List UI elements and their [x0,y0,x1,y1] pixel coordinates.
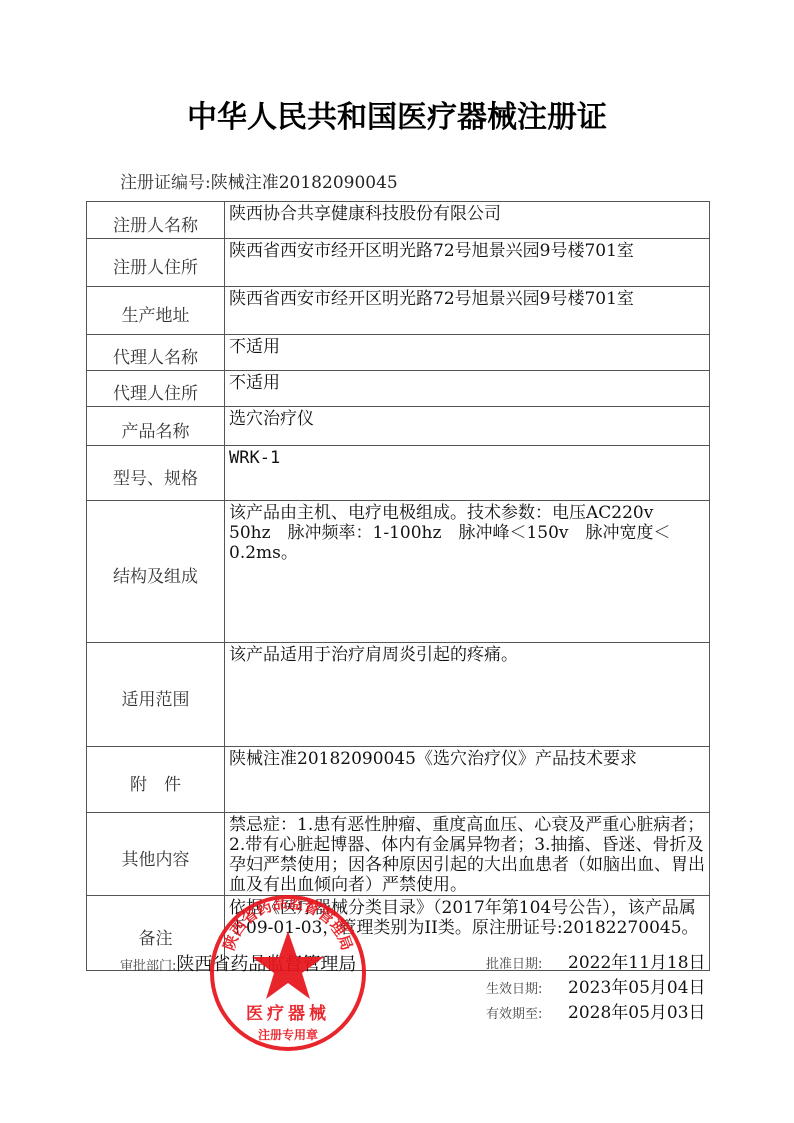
field-label: 结构及组成 [87,501,225,643]
table-row: 注册人住所 陕西省西安市经开区明光路72号旭景兴园9号楼701室 [87,239,710,287]
official-seal-icon: 陕西省药品监督管理局 医疗器械 注册专用章 [208,893,368,1053]
date-block: 批准日期: 2022年11月18日 生效日期: 2023年05月04日 有效期至… [486,948,706,1023]
date-label: 批准日期: [486,953,568,972]
seal-middle-text: 医疗器械 [246,1003,330,1024]
field-value: 陕西省西安市经开区明光路72号旭景兴园9号楼701室 [225,287,710,335]
table-row: 适用范围 该产品适用于治疗肩周炎引起的疼痛。 [87,643,710,747]
field-value: 陕械注准20182090045《选穴治疗仪》产品技术要求 [225,747,710,813]
field-value: 该产品由主机、电疗电极组成。技术参数：电压AC220v 50hz 脉冲频率：1-… [225,501,710,643]
field-value: 不适用 [225,371,710,407]
certificate-title: 中华人民共和国医疗器械注册证 [0,92,794,136]
effective-date-row: 生效日期: 2023年05月04日 [486,973,706,998]
field-label: 生产地址 [87,287,225,335]
field-label: 产品名称 [87,407,225,446]
table-row: 附 件 陕械注准20182090045《选穴治疗仪》产品技术要求 [87,747,710,813]
expiry-date-row: 有效期至: 2028年05月03日 [486,998,706,1023]
table-row: 型号、规格 WRK-1 [87,446,710,501]
field-value: 禁忌症：1.患有恶性肿瘤、重度高血压、心衰及严重心脏病者；2.带有心脏起博器、体… [225,813,710,896]
field-label: 代理人名称 [87,335,225,371]
approval-date-row: 批准日期: 2022年11月18日 [486,948,706,973]
field-value: 选穴治疗仪 [225,407,710,446]
seal-bottom-text: 注册专用章 [258,1027,318,1042]
registration-number-label: 注册证编号: [120,173,211,193]
date-label: 有效期至: [486,1003,568,1022]
date-value: 2022年11月18日 [568,948,706,973]
field-label: 其他内容 [87,813,225,896]
table-row: 其他内容 禁忌症：1.患有恶性肿瘤、重度高血压、心衰及严重心脏病者；2.带有心脏… [87,813,710,896]
field-value: WRK-1 [225,446,710,501]
field-label: 适用范围 [87,643,225,747]
date-label: 生效日期: [486,978,568,997]
table-row: 代理人名称 不适用 [87,335,710,371]
date-value: 2028年05月03日 [568,998,706,1023]
field-label: 注册人住所 [87,239,225,287]
field-label: 附 件 [87,747,225,813]
registration-number-value: 陕械注准20182090045 [211,173,398,193]
date-value: 2023年05月04日 [568,973,706,998]
field-label: 注册人名称 [87,202,225,239]
approval-department-label: 审批部门: [120,959,176,974]
field-value: 该产品适用于治疗肩周炎引起的疼痛。 [225,643,710,747]
certificate-table: 注册人名称 陕西协合共享健康科技股份有限公司 注册人住所 陕西省西安市经开区明光… [86,201,710,971]
registration-number: 注册证编号:陕械注准20182090045 [120,168,398,193]
table-row: 产品名称 选穴治疗仪 [87,407,710,446]
field-value: 陕西省西安市经开区明光路72号旭景兴园9号楼701室 [225,239,710,287]
field-value: 不适用 [225,335,710,371]
table-row: 代理人住所 不适用 [87,371,710,407]
field-label: 型号、规格 [87,446,225,501]
field-label: 代理人住所 [87,371,225,407]
table-row: 注册人名称 陕西协合共享健康科技股份有限公司 [87,202,710,239]
table-row: 结构及组成 该产品由主机、电疗电极组成。技术参数：电压AC220v 50hz 脉… [87,501,710,643]
table-row: 生产地址 陕西省西安市经开区明光路72号旭景兴园9号楼701室 [87,287,710,335]
field-value: 陕西协合共享健康科技股份有限公司 [225,202,710,239]
